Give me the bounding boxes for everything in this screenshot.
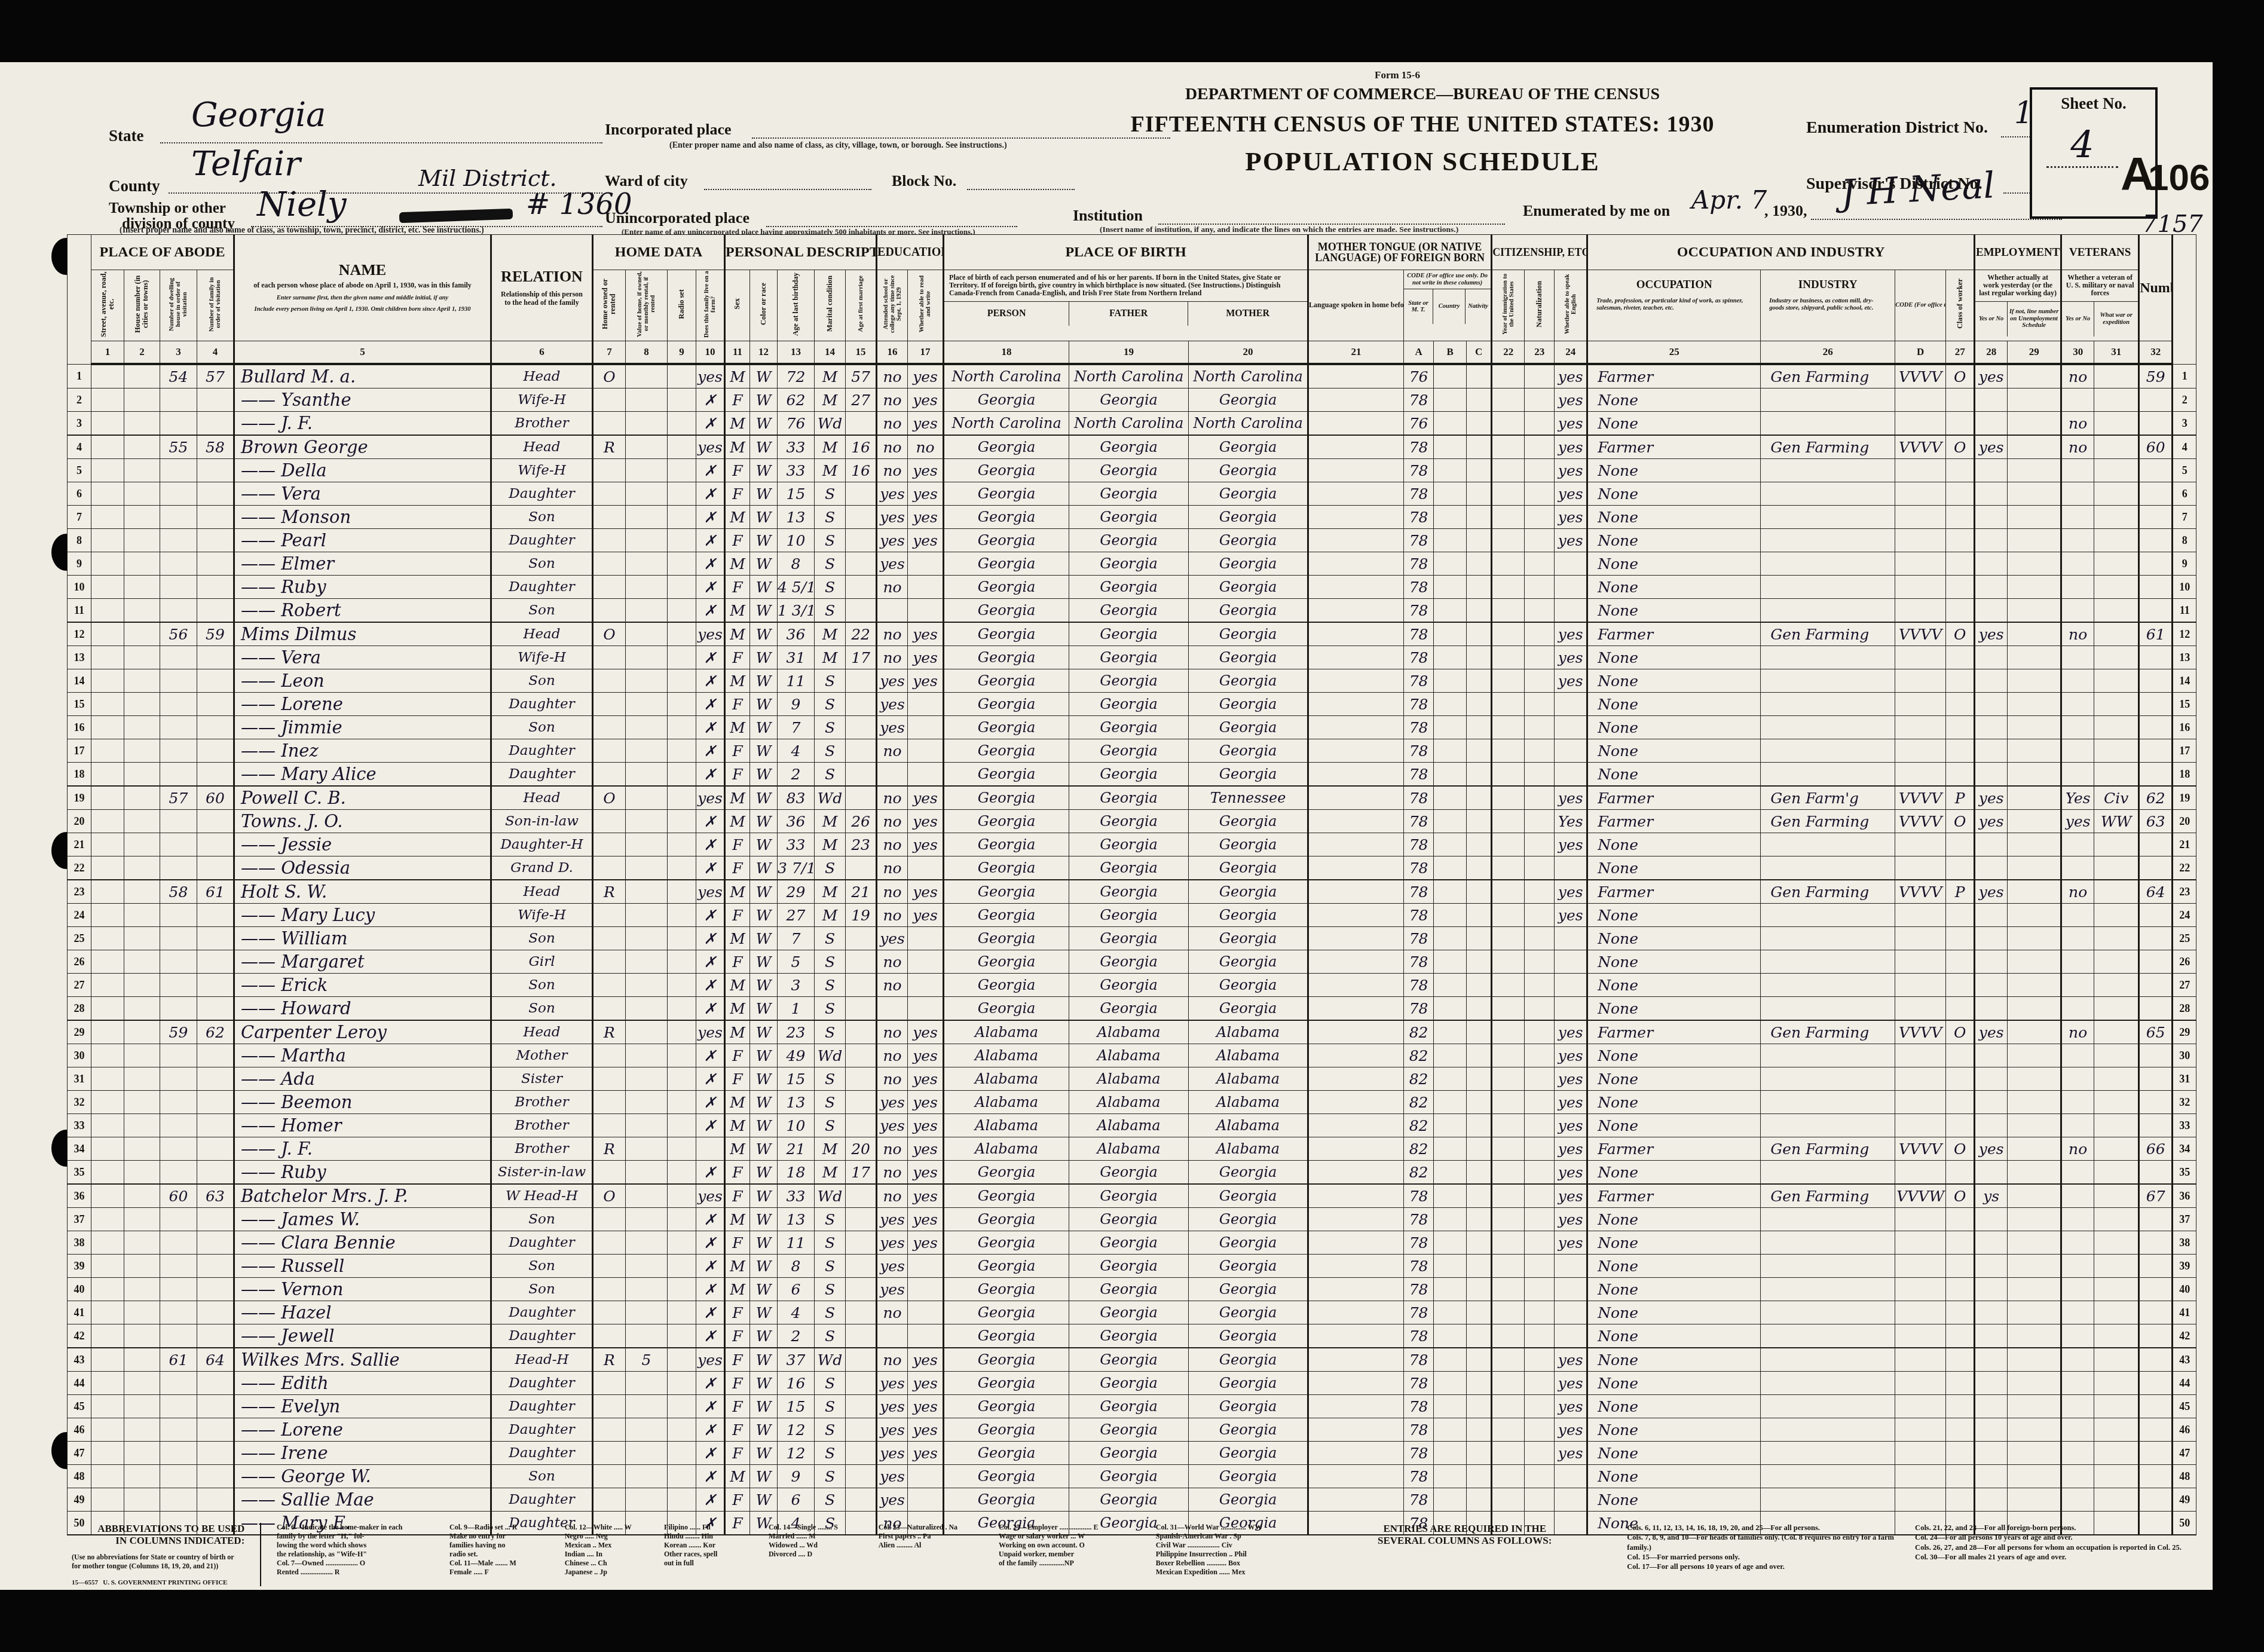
cell-race: W xyxy=(750,1137,778,1161)
cell-street xyxy=(91,552,124,576)
cell-vet: no xyxy=(2061,364,2094,388)
cell-name: —— J. F. xyxy=(234,1137,491,1161)
cell-bp: Georgia xyxy=(944,856,1069,880)
cell-fam xyxy=(197,459,234,482)
cell-name: —— Erick xyxy=(234,974,491,997)
cell-cA: 82 xyxy=(1404,1091,1434,1114)
cell-own xyxy=(593,1301,626,1324)
cell-cD xyxy=(1895,576,1946,599)
cell-vet: no xyxy=(2061,622,2094,646)
cell-war xyxy=(2094,1067,2139,1091)
cell-dw xyxy=(160,1442,197,1465)
census-row: 18—— Mary AliceDaughter✗FW2SGeorgiaGeorg… xyxy=(68,763,2196,787)
cell-cls xyxy=(1946,552,1975,576)
cell-nat xyxy=(1525,739,1555,763)
col-dwelling-header: Number of dwelling house in order of vis… xyxy=(160,270,197,341)
cell-cB xyxy=(1434,1161,1467,1185)
cell-rln: 48 xyxy=(2173,1465,2196,1488)
cell-imm xyxy=(1492,1442,1525,1465)
cell-agem xyxy=(846,763,877,787)
cell-bm: Alabama xyxy=(1189,1114,1308,1137)
cell-agem: 17 xyxy=(846,1161,877,1185)
cell-ln: 15 xyxy=(68,693,91,716)
cell-cls: O xyxy=(1946,364,1975,388)
cell-sch: no xyxy=(877,1161,908,1185)
cell-own: R xyxy=(593,1348,626,1372)
cell-fam xyxy=(197,1067,234,1091)
cell-age: 12 xyxy=(778,1442,815,1465)
cell-cA: 82 xyxy=(1404,1114,1434,1137)
cell-own xyxy=(593,716,626,739)
cell-war xyxy=(2094,506,2139,529)
cell-war xyxy=(2094,739,2139,763)
cell-vet xyxy=(2061,1395,2094,1418)
cell-dw xyxy=(160,1278,197,1301)
cell-ind xyxy=(1761,1091,1895,1114)
cell-street xyxy=(91,1255,124,1278)
cell-cA: 78 xyxy=(1404,1395,1434,1418)
cell-vet xyxy=(2061,1278,2094,1301)
cell-dw: 54 xyxy=(160,364,197,388)
cell-unemp xyxy=(2008,856,2061,880)
cell-vet xyxy=(2061,739,2094,763)
cell-wrk xyxy=(1975,459,2008,482)
cell-dw xyxy=(160,1395,197,1418)
cell-fs: 60 xyxy=(2139,435,2173,459)
cell-race: W xyxy=(750,1208,778,1231)
cell-cC xyxy=(1467,1067,1492,1091)
census-row: 17—— InezDaughter✗FW4SnoGeorgiaGeorgiaGe… xyxy=(68,739,2196,763)
cell-rln: 6 xyxy=(2173,482,2196,506)
cell-rw: yes xyxy=(908,622,944,646)
cell-vet xyxy=(2061,576,2094,599)
cell-ln: 43 xyxy=(68,1348,91,1372)
cell-vet xyxy=(2061,1465,2094,1488)
cell-fam xyxy=(197,576,234,599)
cell-unemp xyxy=(2008,435,2061,459)
cell-cls xyxy=(1946,459,1975,482)
cell-cA: 78 xyxy=(1404,1324,1434,1348)
cell-agem xyxy=(846,1091,877,1114)
cell-race: W xyxy=(750,669,778,693)
cell-own xyxy=(593,1231,626,1255)
cell-ln: 39 xyxy=(68,1255,91,1278)
cell-eng: yes xyxy=(1555,669,1587,693)
cell-street xyxy=(91,1231,124,1255)
cell-val xyxy=(626,739,668,763)
cell-radio xyxy=(668,880,696,904)
industry-header: INDUSTRY Industry or business, as cotton… xyxy=(1761,270,1895,341)
cell-bm: Georgia xyxy=(1189,529,1308,552)
cell-race: W xyxy=(750,1442,778,1465)
cell-nat xyxy=(1525,669,1555,693)
cell-fs xyxy=(2139,552,2173,576)
sd-label: Supervisor's District No. xyxy=(1806,175,1982,194)
cell-sex: F xyxy=(725,1231,750,1255)
cell-cB xyxy=(1434,1231,1467,1255)
cell-rln: 47 xyxy=(2173,1442,2196,1465)
cell-eng: yes xyxy=(1555,904,1587,927)
cell-bp: Georgia xyxy=(944,739,1069,763)
cell-dw: 57 xyxy=(160,786,197,810)
cell-ind xyxy=(1761,529,1895,552)
cell-rln: 31 xyxy=(2173,1067,2196,1091)
cell-ln: 6 xyxy=(68,482,91,506)
cell-bf: Georgia xyxy=(1069,435,1189,459)
cell-lang xyxy=(1308,412,1404,436)
cell-ln: 17 xyxy=(68,739,91,763)
cell-dw xyxy=(160,1091,197,1114)
cell-eng xyxy=(1555,576,1587,599)
cell-street xyxy=(91,388,124,412)
cell-imm xyxy=(1492,1488,1525,1512)
cell-nat xyxy=(1525,412,1555,436)
cell-sch: yes xyxy=(877,1442,908,1465)
cell-war xyxy=(2094,1372,2139,1395)
cell-race: W xyxy=(750,1255,778,1278)
cell-sex: M xyxy=(725,1255,750,1278)
cell-cls: O xyxy=(1946,1184,1975,1208)
census-row: 436164Wilkes Mrs. SallieHead-HR5yesFW37W… xyxy=(68,1348,2196,1372)
cell-street xyxy=(91,529,124,552)
cell-race: W xyxy=(750,1324,778,1348)
cell-radio xyxy=(668,693,696,716)
cell-farm: ✗ xyxy=(696,810,725,833)
cell-wrk: ys xyxy=(1975,1184,2008,1208)
cell-wrk xyxy=(1975,693,2008,716)
cell-mar: Wd xyxy=(815,412,846,436)
cell-age: 3 xyxy=(778,974,815,997)
cell-cC xyxy=(1467,1395,1492,1418)
cell-war xyxy=(2094,646,2139,669)
cell-occ: None xyxy=(1587,482,1761,506)
cell-house xyxy=(124,669,160,693)
cell-ind xyxy=(1761,669,1895,693)
cell-farm: ✗ xyxy=(696,833,725,856)
census-row: 32—— BeemonBrother✗MW13SyesyesAlabamaAla… xyxy=(68,1091,2196,1114)
cell-race: W xyxy=(750,833,778,856)
cell-agem xyxy=(846,599,877,623)
cell-radio xyxy=(668,459,696,482)
cell-bp: Georgia xyxy=(944,763,1069,787)
cell-dw xyxy=(160,927,197,950)
cell-bm: Georgia xyxy=(1189,1324,1308,1348)
cell-nat xyxy=(1525,997,1555,1021)
scan-black-bottom xyxy=(0,1590,2264,1652)
cell-sch: no xyxy=(877,459,908,482)
cell-bf: Alabama xyxy=(1069,1114,1189,1137)
cell-rw: yes xyxy=(908,459,944,482)
cell-ind xyxy=(1761,1395,1895,1418)
cell-fs xyxy=(2139,1465,2173,1488)
cell-cD xyxy=(1895,974,1946,997)
cell-wrk xyxy=(1975,833,2008,856)
cell-rln: 11 xyxy=(2173,599,2196,623)
cell-imm xyxy=(1492,622,1525,646)
cell-cA: 78 xyxy=(1404,880,1434,904)
cell-rw: yes xyxy=(908,1372,944,1395)
cell-rln: 32 xyxy=(2173,1091,2196,1114)
cell-rln: 28 xyxy=(2173,997,2196,1021)
cell-street xyxy=(91,1020,124,1044)
cell-race: W xyxy=(750,459,778,482)
cell-cD: VVVV xyxy=(1895,622,1946,646)
cell-sch: yes xyxy=(877,1372,908,1395)
cell-wrk xyxy=(1975,739,2008,763)
cell-dw xyxy=(160,739,197,763)
cell-age: 2 xyxy=(778,763,815,787)
column-numbers-row: 1234 5 6 78910 1112131415 1617 181920 21… xyxy=(68,341,2196,365)
cell-cC xyxy=(1467,833,1492,856)
cell-sch: yes xyxy=(877,1418,908,1442)
cell-lang xyxy=(1308,739,1404,763)
cell-fam xyxy=(197,1301,234,1324)
cell-wrk xyxy=(1975,388,2008,412)
cell-rln: 25 xyxy=(2173,927,2196,950)
cell-name: —— Jewell xyxy=(234,1324,491,1348)
cell-radio xyxy=(668,1114,696,1137)
cell-rel: Daughter xyxy=(491,739,593,763)
cell-eng: yes xyxy=(1555,1395,1587,1418)
cell-fam xyxy=(197,716,234,739)
cell-bm: Georgia xyxy=(1189,1418,1308,1442)
code-d-header: CODE (For office use only. Do not write … xyxy=(1895,270,1946,341)
cell-imm xyxy=(1492,1418,1525,1442)
col-home-value-header: Value of home, if owned, or monthly rent… xyxy=(626,270,668,341)
cell-fam xyxy=(197,739,234,763)
cell-sch: no xyxy=(877,833,908,856)
cell-bf: Georgia xyxy=(1069,1372,1189,1395)
cell-agem xyxy=(846,1324,877,1348)
cell-nat xyxy=(1525,599,1555,623)
cell-agem xyxy=(846,856,877,880)
cell-age: 11 xyxy=(778,669,815,693)
cell-cD xyxy=(1895,1301,1946,1324)
cell-rel: Mother xyxy=(491,1044,593,1067)
cell-street xyxy=(91,739,124,763)
cell-cD xyxy=(1895,1208,1946,1231)
cell-mar: S xyxy=(815,974,846,997)
cell-sch: no xyxy=(877,622,908,646)
cell-val xyxy=(626,880,668,904)
cell-cls xyxy=(1946,974,1975,997)
cell-rw xyxy=(908,693,944,716)
cell-occ: None xyxy=(1587,412,1761,436)
cell-imm xyxy=(1492,1161,1525,1185)
cell-bp: Georgia xyxy=(944,786,1069,810)
cell-rw xyxy=(908,950,944,974)
cell-cB xyxy=(1434,1067,1467,1091)
cell-eng: Yes xyxy=(1555,810,1587,833)
cell-bf: Georgia xyxy=(1069,1418,1189,1442)
cell-cA: 78 xyxy=(1404,646,1434,669)
cell-eng: yes xyxy=(1555,506,1587,529)
cell-own xyxy=(593,950,626,974)
cell-occ: None xyxy=(1587,1442,1761,1465)
census-row: 42—— JewellDaughter✗FW2SGeorgiaGeorgiaGe… xyxy=(68,1324,2196,1348)
cell-mar: S xyxy=(815,739,846,763)
unincorporated-label: Unincorporated place xyxy=(605,209,749,227)
cell-nat xyxy=(1525,1278,1555,1301)
cell-agem xyxy=(846,1020,877,1044)
cell-fs: 67 xyxy=(2139,1184,2173,1208)
cell-imm xyxy=(1492,576,1525,599)
cell-dw xyxy=(160,459,197,482)
cell-occ: None xyxy=(1587,599,1761,623)
cell-eng: yes xyxy=(1555,388,1587,412)
cell-cC xyxy=(1467,927,1492,950)
cell-rel: Son xyxy=(491,552,593,576)
cell-dw xyxy=(160,1137,197,1161)
cell-ln: 45 xyxy=(68,1395,91,1418)
cell-cls xyxy=(1946,506,1975,529)
cell-ln: 41 xyxy=(68,1301,91,1324)
cell-agem xyxy=(846,1231,877,1255)
cell-rel: Daughter xyxy=(491,1372,593,1395)
cell-street xyxy=(91,693,124,716)
cell-own xyxy=(593,576,626,599)
cell-lang xyxy=(1308,506,1404,529)
cell-sch: yes xyxy=(877,506,908,529)
col-immigration-header: Year of immigration to the United States xyxy=(1492,270,1525,341)
cell-lang xyxy=(1308,482,1404,506)
cell-fs: 61 xyxy=(2139,622,2173,646)
cell-name: —— Martha xyxy=(234,1044,491,1067)
cell-occ: None xyxy=(1587,1044,1761,1067)
cell-own xyxy=(593,927,626,950)
cell-sex: F xyxy=(725,1324,750,1348)
cell-sex: F xyxy=(725,1418,750,1442)
cell-val xyxy=(626,1488,668,1512)
census-row: 7—— MonsonSon✗MW13SyesyesGeorgiaGeorgiaG… xyxy=(68,506,2196,529)
cell-ln: 24 xyxy=(68,904,91,927)
cell-unemp xyxy=(2008,1208,2061,1231)
cell-sex: M xyxy=(725,1091,750,1114)
ed-label: Enumeration District No. xyxy=(1806,118,1988,137)
cell-farm: ✗ xyxy=(696,856,725,880)
cell-lang xyxy=(1308,1255,1404,1278)
cell-cC xyxy=(1467,1208,1492,1231)
cell-own xyxy=(593,669,626,693)
cell-unemp xyxy=(2008,1324,2061,1348)
cell-occ: None xyxy=(1587,1091,1761,1114)
cell-bp: Georgia xyxy=(944,1301,1069,1324)
cell-val xyxy=(626,1020,668,1044)
cell-occ: Farmer xyxy=(1587,1184,1761,1208)
cell-sex: M xyxy=(725,716,750,739)
cell-rw: yes xyxy=(908,1184,944,1208)
census-row: 26—— MargaretGirl✗FW5SnoGeorgiaGeorgiaGe… xyxy=(68,950,2196,974)
sheet-label: Sheet No. xyxy=(2032,94,2155,113)
census-row: 2—— YsantheWife-H✗FW62M27noyesGeorgiaGeo… xyxy=(68,388,2196,412)
cell-val xyxy=(626,1255,668,1278)
cell-dw xyxy=(160,1114,197,1137)
sheet-value: 4 xyxy=(2046,123,2118,168)
cell-bf: Georgia xyxy=(1069,1301,1189,1324)
cell-cls xyxy=(1946,997,1975,1021)
cell-cD xyxy=(1895,1324,1946,1348)
cell-radio xyxy=(668,1208,696,1231)
cell-age: 12 xyxy=(778,1418,815,1442)
cell-dw xyxy=(160,412,197,436)
cell-cls xyxy=(1946,856,1975,880)
census-row: 235861Holt S. W.HeadRyesMW29M21noyesGeor… xyxy=(68,880,2196,904)
cell-fam xyxy=(197,1161,234,1185)
cell-house xyxy=(124,1278,160,1301)
cell-house xyxy=(124,1255,160,1278)
cell-nat xyxy=(1525,856,1555,880)
cell-wrk: yes xyxy=(1975,880,2008,904)
cell-vet xyxy=(2061,1184,2094,1208)
cell-wrk xyxy=(1975,950,2008,974)
cell-eng xyxy=(1555,1278,1587,1301)
cell-cB xyxy=(1434,927,1467,950)
code-b-sub: Country xyxy=(1433,289,1466,324)
cell-sch: no xyxy=(877,1184,908,1208)
cell-lang xyxy=(1308,1114,1404,1137)
cell-rw: yes xyxy=(908,1114,944,1137)
cell-occ: None xyxy=(1587,997,1761,1021)
cell-street xyxy=(91,1395,124,1418)
cell-val xyxy=(626,1114,668,1137)
cell-bm: Georgia xyxy=(1189,1348,1308,1372)
cell-bf: Georgia xyxy=(1069,997,1189,1021)
cell-rln: 17 xyxy=(2173,739,2196,763)
cell-lang xyxy=(1308,1067,1404,1091)
cell-cC xyxy=(1467,904,1492,927)
cell-fs xyxy=(2139,1114,2173,1137)
cell-ln: 49 xyxy=(68,1488,91,1512)
cell-agem xyxy=(846,1488,877,1512)
cell-bm: Georgia xyxy=(1189,1488,1308,1512)
cell-unemp xyxy=(2008,927,2061,950)
cell-house xyxy=(124,576,160,599)
cell-age: 13 xyxy=(778,506,815,529)
cell-war xyxy=(2094,459,2139,482)
cell-sex: F xyxy=(725,482,750,506)
cell-occ: None xyxy=(1587,904,1761,927)
scan-black-top xyxy=(0,0,2264,62)
cell-fs xyxy=(2139,1091,2173,1114)
cell-radio xyxy=(668,1137,696,1161)
group-veterans: VETERANS xyxy=(2061,235,2139,270)
cell-bp: North Carolina xyxy=(944,364,1069,388)
abbr-col12: Col. 12—White ..... W Negro ..... Neg Me… xyxy=(565,1523,648,1577)
cell-val xyxy=(626,1044,668,1067)
cell-sch: yes xyxy=(877,1114,908,1137)
cell-cD xyxy=(1895,1348,1946,1372)
cell-age: 7 xyxy=(778,716,815,739)
cell-ind xyxy=(1761,927,1895,950)
cell-sch: no xyxy=(877,646,908,669)
cell-radio xyxy=(668,1442,696,1465)
cell-radio xyxy=(668,599,696,623)
cell-radio xyxy=(668,1372,696,1395)
employment-yes-label: Yes or No xyxy=(1975,302,2008,336)
veterans-yes-label: Yes or No xyxy=(2062,302,2094,336)
cell-name: —— Mary Alice xyxy=(234,763,491,787)
cell-ind xyxy=(1761,1324,1895,1348)
cell-wrk xyxy=(1975,412,2008,436)
cell-war xyxy=(2094,622,2139,646)
cell-vet xyxy=(2061,856,2094,880)
cell-cB xyxy=(1434,810,1467,833)
cell-race: W xyxy=(750,904,778,927)
cell-mar: Wd xyxy=(815,1044,846,1067)
cell-house xyxy=(124,459,160,482)
cell-rln: 38 xyxy=(2173,1231,2196,1255)
cell-rel: W Head-H xyxy=(491,1184,593,1208)
